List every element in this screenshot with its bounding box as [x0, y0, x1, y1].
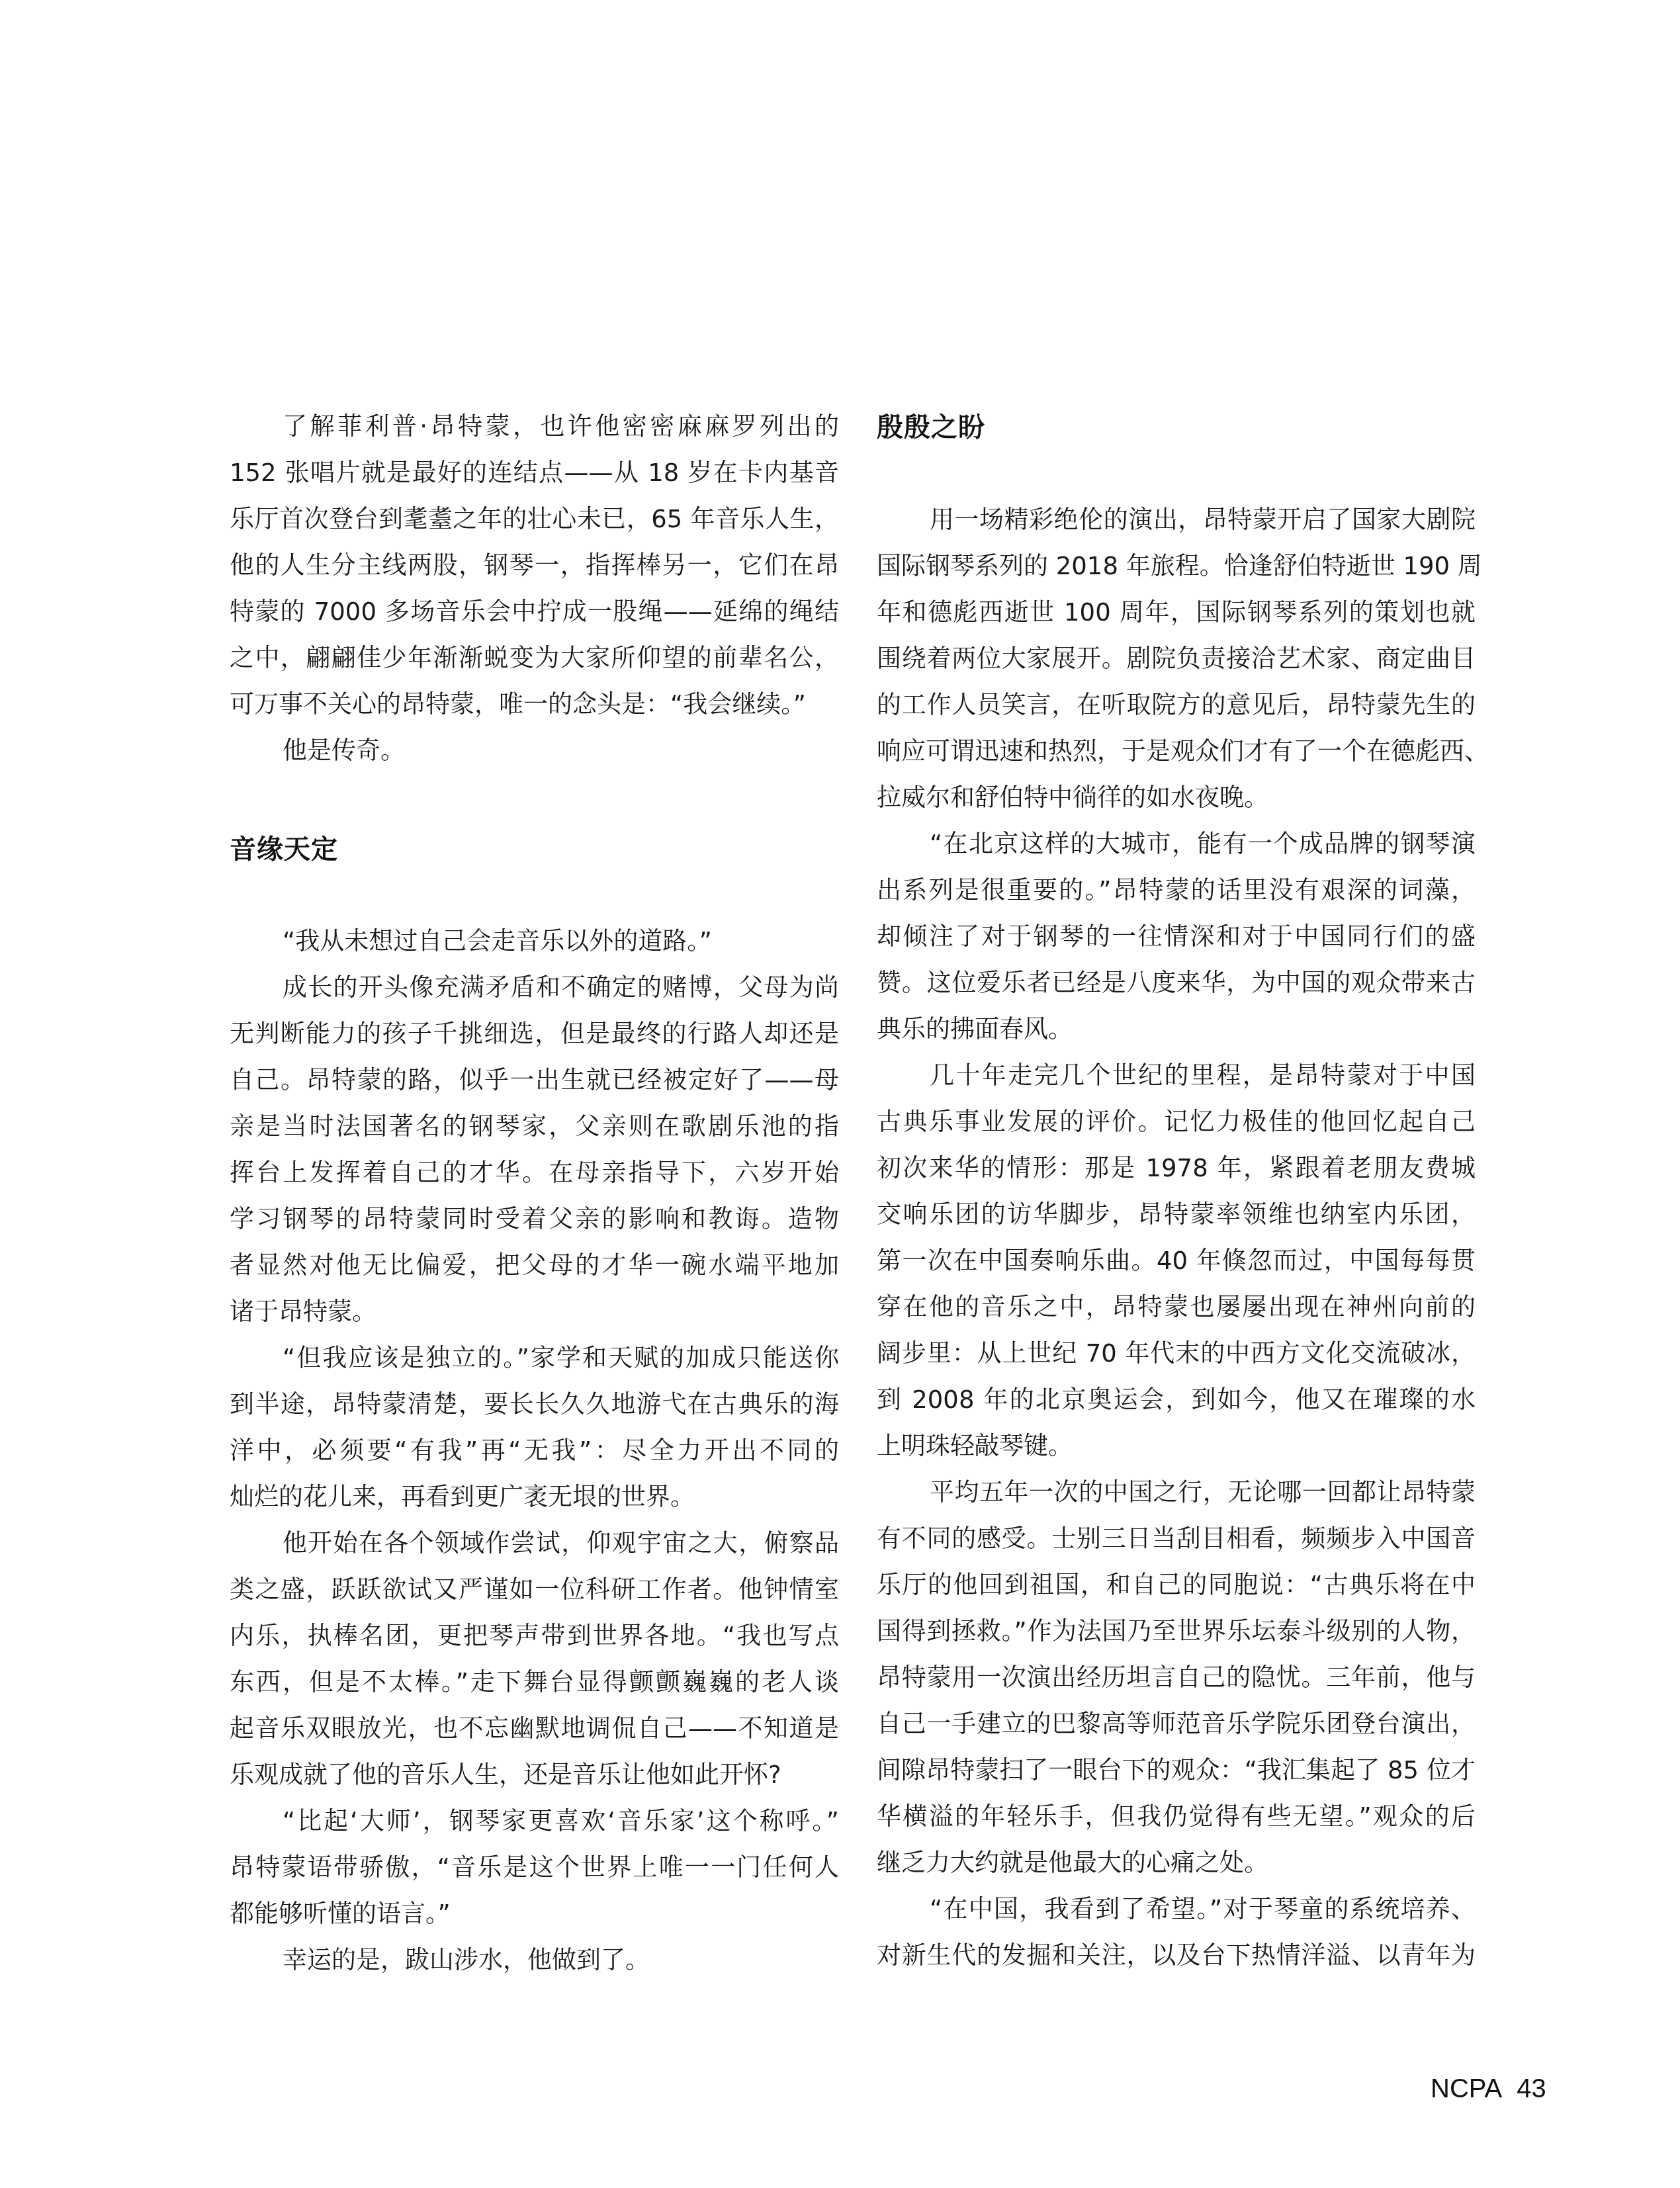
text-line: 灿烂的花儿来，再看到更广袤无垠的世界。	[230, 1483, 839, 1511]
text-line: 间隙昂特蒙扫了一眼台下的观众：“我汇集起了 85 位才	[877, 1757, 1476, 1784]
page-number: 43	[1517, 2074, 1546, 2103]
text-line: 围绕着两位大家展开。剧院负责接洽艺术家、商定曲目	[877, 645, 1476, 673]
publication-name: NCPA	[1431, 2074, 1502, 2103]
text-line: 典乐的拂面春风。	[877, 1016, 1476, 1043]
text-line: 拉威尔和舒伯特中徜徉的如水夜晚。	[877, 784, 1476, 812]
text-line: 对新生代的发掘和关注，以及台下热情洋溢、以青年为	[877, 1942, 1476, 1970]
text-line: 昂特蒙用一次演出经历坦言自己的隐忧。三年前，他与	[877, 1664, 1476, 1692]
text-line: 响应可谓迅速和热烈，于是观众们才有了一个在德彪西、	[877, 738, 1476, 766]
text-line: 有不同的感受。士别三日当刮目相看，频频步入中国音	[877, 1525, 1476, 1553]
text-line: 到 2008 年的北京奥运会，到如今，他又在璀璨的水	[877, 1386, 1476, 1414]
page-footer: NCPA43	[1431, 2074, 1546, 2104]
text-line: “我从未想过自己会走音乐以外的道路。”	[230, 928, 839, 955]
text-line: 初次来华的情形：那是 1978 年，紧跟着老朋友费城	[877, 1155, 1476, 1182]
text-line: 交响乐团的访华脚步，昂特蒙率领维也纳室内乐团，	[877, 1201, 1476, 1229]
text-line: 乐厅首次登台到耄耋之年的壮心未已，65 年音乐人生，	[230, 505, 839, 533]
text-line: 到半途，昂特蒙清楚，要长长久久地游弋在古典乐的海	[230, 1391, 839, 1419]
text-line: 第一次在中国奏响乐曲。40 年倏忽而过，中国每每贯	[877, 1247, 1476, 1275]
text-line: “在中国，我看到了希望。”对于琴童的系统培养、	[877, 1896, 1476, 1923]
text-line: 学习钢琴的昂特蒙同时受着父亲的影响和教诲。造物	[230, 1205, 839, 1233]
text-line: 诸于昂特蒙。	[230, 1298, 839, 1326]
text-line: 自己一手建立的巴黎高等师范音乐学院乐团登台演出，	[877, 1710, 1476, 1738]
text-line: 年和德彪西逝世 100 周年，国际钢琴系列的策划也就	[877, 599, 1476, 627]
text-line: 无判断能力的孩子千挑细选，但是最终的行路人却还是	[230, 1020, 839, 1048]
text-line: 内乐，执棒名团，更把琴声带到世界各地。“我也写点	[230, 1622, 839, 1650]
text-line: 乐厅的他回到祖国，和自己的同胞说：“古典乐将在中	[877, 1571, 1476, 1599]
text-line: 乐观成就了他的音乐人生，还是音乐让他如此开怀?	[230, 1761, 839, 1789]
text-line: 阔步里：从上世纪 70 年代末的中西方文化交流破冰，	[877, 1340, 1476, 1368]
text-line: 国际钢琴系列的 2018 年旅程。恰逢舒伯特逝世 190 周	[877, 552, 1476, 580]
text-line: 了解菲利普·昂特蒙，也许他密密麻麻罗列出的	[230, 413, 839, 441]
text-line: 赞。这位爱乐者已经是八度来华，为中国的观众带来古	[877, 969, 1476, 997]
text-line: 东西，但是不太棒。”走下舞台显得颤颤巍巍的老人谈	[230, 1669, 839, 1696]
text-line: 起音乐双眼放光，也不忘幽默地调侃自己——不知道是	[230, 1715, 839, 1743]
text-line: “比起‘大师’，钢琴家更喜欢‘音乐家’这个称呼。”	[230, 1808, 839, 1835]
section-heading-yinyuan: 音缘天定	[230, 835, 338, 864]
text-line: 可万事不关心的昂特蒙，唯一的念头是：“我会继续。”	[230, 691, 839, 719]
section-heading-yinyin: 殷殷之盼	[877, 413, 985, 442]
text-line: 者显然对他无比偏爱，把父母的才华一碗水端平地加	[230, 1252, 839, 1280]
text-line: 古典乐事业发展的评价。记忆力极佳的他回忆起自己	[877, 1108, 1476, 1136]
text-line: 华横溢的年轻乐手，但我仍觉得有些无望。”观众的后	[877, 1803, 1476, 1831]
text-line: 亲是当时法国著名的钢琴家，父亲则在歌剧乐池的指	[230, 1113, 839, 1141]
text-line: 上明珠轻敲琴键。	[877, 1432, 1476, 1460]
text-line: 出系列是很重要的。”昂特蒙的话里没有艰深的词藻，	[877, 877, 1476, 904]
text-line: 成长的开头像充满矛盾和不确定的赌博，父母为尚	[230, 974, 839, 1002]
text-line: 他的人生分主线两股，钢琴一，指挥棒另一，它们在昂	[230, 552, 839, 580]
text-line: 用一场精彩绝伦的演出，昂特蒙开启了国家大剧院	[877, 506, 1476, 534]
text-line: 却倾注了对于钢琴的一往情深和对于中国同行们的盛	[877, 923, 1476, 951]
text-line: 继乏力大约就是他最大的心痛之处。	[877, 1849, 1476, 1877]
text-line: 昂特蒙语带骄傲，“音乐是这个世界上唯一一门任何人	[230, 1854, 839, 1882]
text-line: 平均五年一次的中国之行，无论哪一回都让昂特蒙	[877, 1479, 1476, 1507]
text-line: 国得到拯救。”作为法国乃至世界乐坛泰斗级别的人物，	[877, 1618, 1476, 1645]
text-line: 152 张唱片就是最好的连结点——从 18 岁在卡内基音	[230, 459, 839, 487]
text-line: 几十年走完几个世纪的里程，是昂特蒙对于中国	[877, 1062, 1476, 1090]
text-line: 挥台上发挥着自己的才华。在母亲指导下，六岁开始	[230, 1159, 839, 1187]
text-line: 他是传奇。	[230, 737, 839, 765]
text-line: 自己。昂特蒙的路，似乎一出生就已经被定好了——母	[230, 1067, 839, 1094]
text-line: “但我应该是独立的。”家学和天赋的加成只能送你	[230, 1344, 839, 1372]
text-line: 特蒙的 7000 多场音乐会中拧成一股绳——延绵的绳结	[230, 598, 839, 626]
text-line: 类之盛，跃跃欲试又严谨如一位科研工作者。他钟情室	[230, 1576, 839, 1604]
text-line: 之中，翩翩佳少年渐渐蜕变为大家所仰望的前辈名公，	[230, 644, 839, 672]
text-line: 洋中，必须要“有我”再“无我”：尽全力开出不同的	[230, 1437, 839, 1465]
text-line: 穿在他的音乐之中，昂特蒙也屡屡出现在神州向前的	[877, 1293, 1476, 1321]
text-line: 幸运的是，跋山涉水，他做到了。	[230, 1947, 839, 1974]
text-line: 的工作人员笑言，在听取院方的意见后，昂特蒙先生的	[877, 691, 1476, 719]
text-line: 他开始在各个领域作尝试，仰观宇宙之大，俯察品	[230, 1530, 839, 1557]
text-line: “在北京这样的大城市，能有一个成品牌的钢琴演	[877, 830, 1476, 858]
text-line: 都能够听懂的语言。”	[230, 1900, 839, 1928]
